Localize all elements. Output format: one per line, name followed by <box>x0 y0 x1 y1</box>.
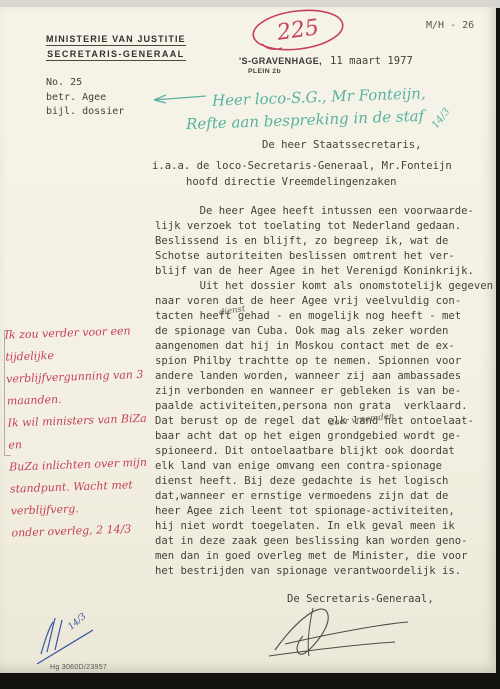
red-number-stamp: 225 <box>248 4 348 56</box>
red-margin-note: Ik zou verder voor een tijdelijke verbli… <box>4 319 162 544</box>
letterhead-ministry: MINISTERIE VAN JUSTITIE <box>46 34 186 46</box>
footer-print-code: Hg 3060D/23957 <box>50 664 107 671</box>
letterhead-secretary: SECRETARIS-GENERAAL <box>46 49 186 61</box>
dateline-city: 'S-GRAVENHAGE, <box>239 56 322 66</box>
dateline-date: 11 maart 1977 <box>330 55 413 67</box>
blue-paraph-icon: 14/3 <box>25 608 105 668</box>
addressee-line2: i.a.a. de loco-Secretaris-Generaal, Mr.F… <box>152 159 452 174</box>
addressee-line1: De heer Staatssecretaris, <box>262 138 421 153</box>
reference-enclosure: bijl. dossier <box>46 105 124 120</box>
reference-subject: betr. Agee <box>46 91 124 106</box>
reference-number: No. 25 <box>46 76 124 91</box>
stamp-circle-icon: 225 <box>248 4 348 56</box>
reference-block: No. 25 betr. Agee bijl. dossier <box>46 76 124 120</box>
corner-code: M/H - 26 <box>426 20 474 31</box>
green-arrow-icon <box>146 92 208 104</box>
scanned-letter: MINISTERIE VAN JUSTITIE SECRETARIS-GENER… <box>0 0 500 689</box>
blue-paraph-date: 14/3 <box>67 611 89 632</box>
signature-icon <box>263 600 413 660</box>
stamp-number: 225 <box>275 15 321 46</box>
addressee-line3: hoofd directie Vreemdelingenzaken <box>186 175 396 190</box>
letterhead: MINISTERIE VAN JUSTITIE SECRETARIS-GENER… <box>46 34 186 61</box>
dateline-address: PLEIN 2b <box>248 68 281 75</box>
letter-body: De heer Agee heeft intussen een voorwaar… <box>155 204 487 579</box>
